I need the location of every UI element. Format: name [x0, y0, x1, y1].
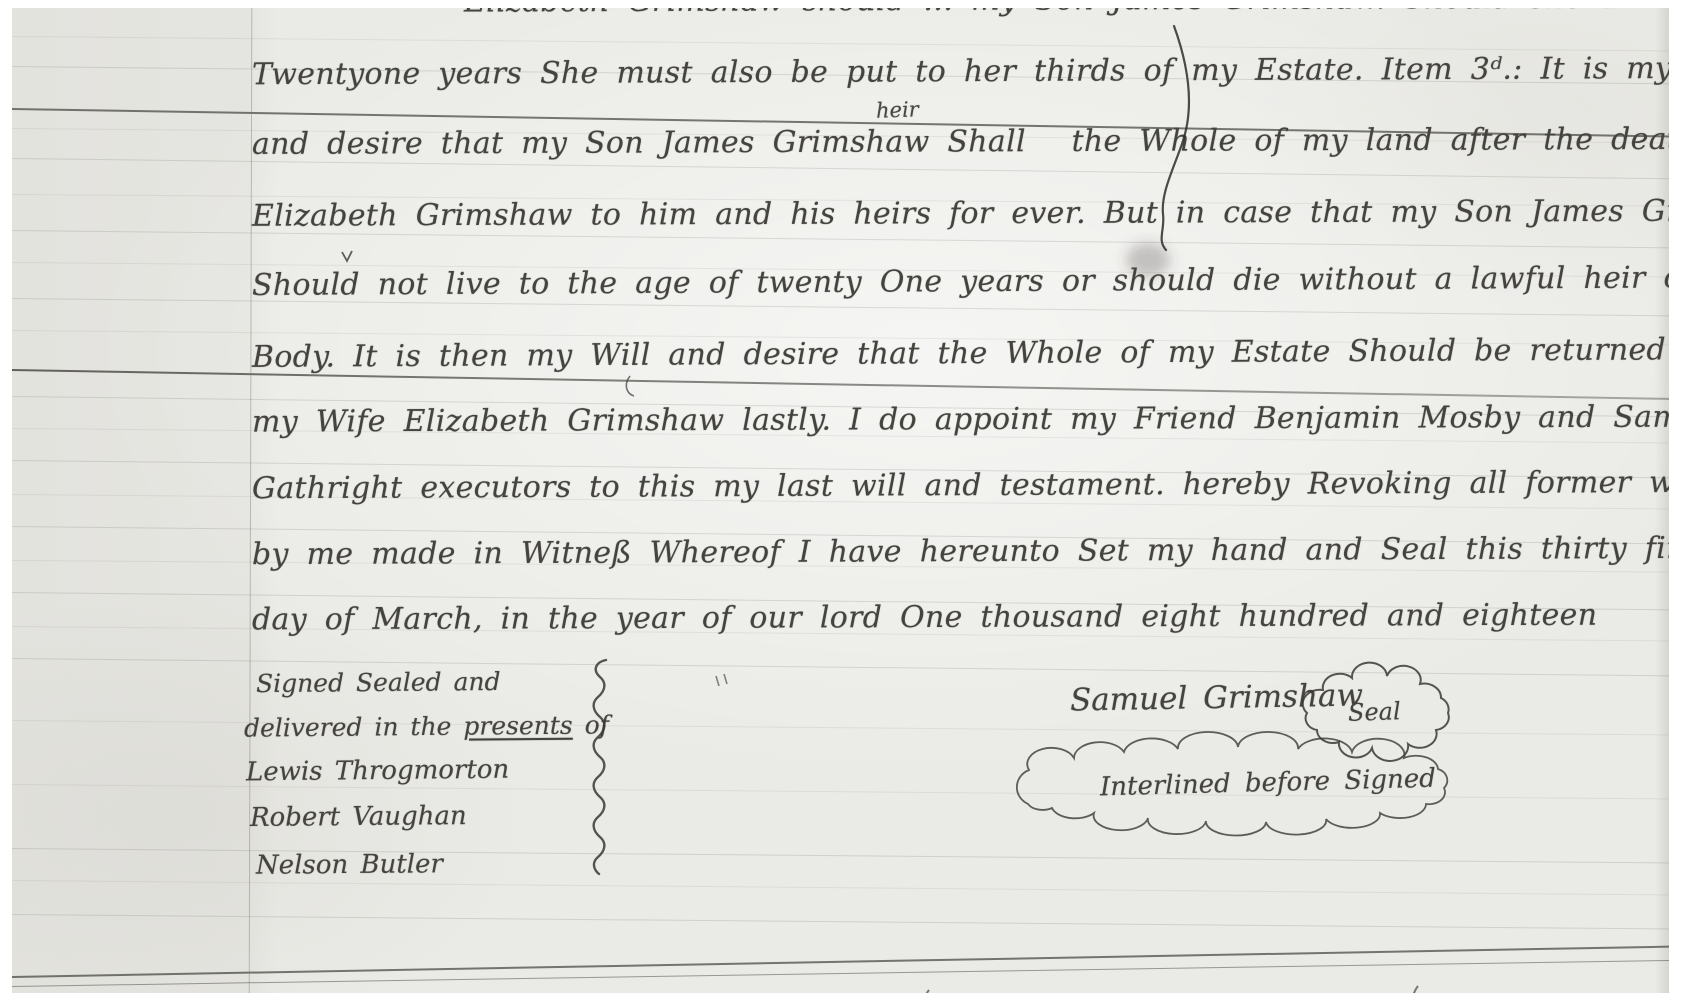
will-line2-part-a: and desire that my Son James Grimshaw Sh…	[252, 124, 1026, 162]
will-body-line: my Wife Elizabeth Grimshaw lastly. I do …	[252, 399, 1669, 439]
will-body-line: Gathright executors to this my last will…	[252, 465, 1669, 506]
interlined-word-heir: heir	[876, 97, 920, 122]
attestation-line-2: delivered in the presents of	[244, 710, 609, 742]
scanned-will-page: Elizabeth Grimshaw should … my Son James…	[0, 0, 1681, 1005]
ruled-line	[12, 914, 1669, 930]
will-body-line: Elizabeth Grimshaw to him and his heirs …	[252, 193, 1669, 233]
witness-brace-squiggle	[594, 660, 606, 874]
ruled-line	[12, 880, 1669, 896]
witness-name: Robert Vaughan	[250, 801, 467, 833]
will-body-line: and desire that my Son James Grimshaw Sh…	[252, 121, 1669, 162]
will-body-line: Twentyone years She must also be put to …	[252, 51, 1669, 93]
ruled-line	[12, 36, 1669, 52]
will-body-line: Body. It is then my Will and desire that…	[252, 332, 1669, 375]
seal-label: Seal	[1348, 697, 1402, 727]
will-line2-part-b: the Whole of my land after the death of …	[1071, 121, 1669, 159]
ditto-mark	[716, 674, 727, 686]
will-body-line: by me made in Witneß Whereof I have here…	[252, 531, 1669, 572]
stray-mark	[342, 251, 352, 261]
will-body-line-clipped: Elizabeth Grimshaw should … my Son James…	[464, 8, 1669, 20]
witness-name: Nelson Butler	[256, 849, 443, 880]
will-body-line: Should not live to the age of twenty One…	[252, 260, 1669, 303]
attestation-line-2b: of	[585, 710, 610, 739]
attestation-word-presents: presents	[463, 711, 573, 741]
testator-signature: Samuel Grimshaw	[1070, 677, 1364, 718]
will-body-line: day of March, in the year of our lord On…	[252, 598, 1597, 638]
attestation-line-1: Signed Sealed and	[256, 667, 501, 698]
bottom-clipped-text-strokes	[260, 986, 1644, 993]
attestation-line-2a: delivered in the	[244, 712, 452, 743]
witness-name: Lewis Throgmorton	[246, 755, 510, 788]
paper-surface: Elizabeth Grimshaw should … my Son James…	[12, 8, 1669, 993]
